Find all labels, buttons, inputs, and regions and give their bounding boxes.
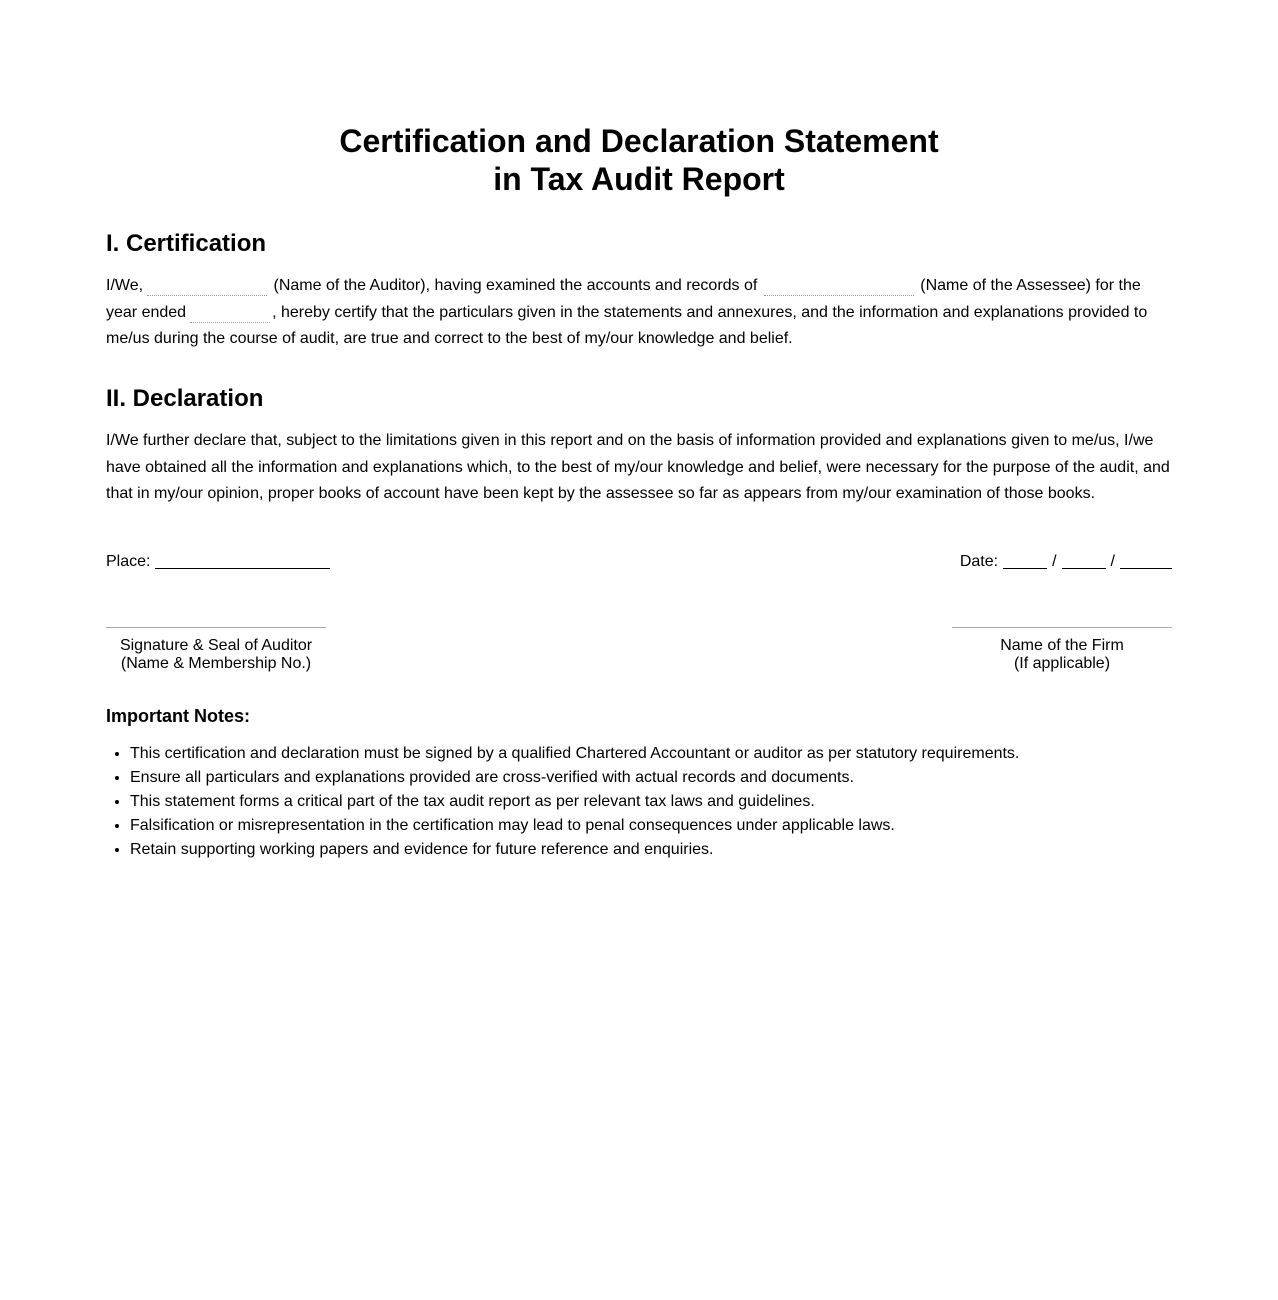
note-item: Retain supporting working papers and evi…: [130, 838, 1019, 862]
certification-heading: I. Certification: [106, 230, 266, 258]
auditor-signature-label: Signature & Seal of Auditor: [106, 637, 326, 655]
certification-paragraph: I/We, (Name of the Auditor), having exam…: [106, 273, 1172, 353]
date-day-blank[interactable]: [1003, 553, 1047, 569]
place-field: Place:: [106, 552, 330, 572]
date-month-blank[interactable]: [1062, 553, 1106, 569]
place-label: Place:: [106, 553, 150, 570]
auditor-signature-block[interactable]: Signature & Seal of Auditor (Name & Memb…: [106, 627, 326, 673]
date-separator: /: [1111, 553, 1115, 570]
date-field: Date://: [960, 552, 1172, 572]
notes-list: This certification and declaration must …: [106, 742, 1019, 862]
assessee-name-field[interactable]: [764, 277, 914, 296]
firm-name-label: Name of the Firm: [952, 637, 1172, 655]
note-item: This statement forms a critical part of …: [130, 790, 1019, 814]
cert-text-2: (Name of the Auditor), having examined t…: [274, 277, 758, 294]
auditor-membership-label: (Name & Membership No.): [106, 655, 326, 673]
title-line-2: in Tax Audit Report: [106, 160, 1172, 198]
note-item: Falsification or misrepresentation in th…: [130, 814, 1019, 838]
date-label: Date:: [960, 553, 998, 570]
note-item: This certification and declaration must …: [130, 742, 1019, 766]
declaration-heading: II. Declaration: [106, 385, 263, 413]
notes-heading: Important Notes:: [106, 705, 250, 727]
cert-text-1: I/We,: [106, 277, 143, 294]
auditor-name-field[interactable]: [147, 277, 267, 296]
document-title: Certification and Declaration Statement …: [106, 122, 1172, 198]
place-blank[interactable]: [155, 553, 330, 569]
note-item: Ensure all particulars and explanations …: [130, 766, 1019, 790]
year-ended-field[interactable]: [190, 304, 270, 323]
title-line-1: Certification and Declaration Statement: [106, 122, 1172, 160]
firm-applicable-label: (If applicable): [952, 655, 1172, 673]
date-separator: /: [1052, 553, 1056, 570]
declaration-paragraph: I/We further declare that, subject to th…: [106, 428, 1172, 508]
date-year-blank[interactable]: [1120, 553, 1172, 569]
firm-name-block[interactable]: Name of the Firm (If applicable): [952, 627, 1172, 673]
